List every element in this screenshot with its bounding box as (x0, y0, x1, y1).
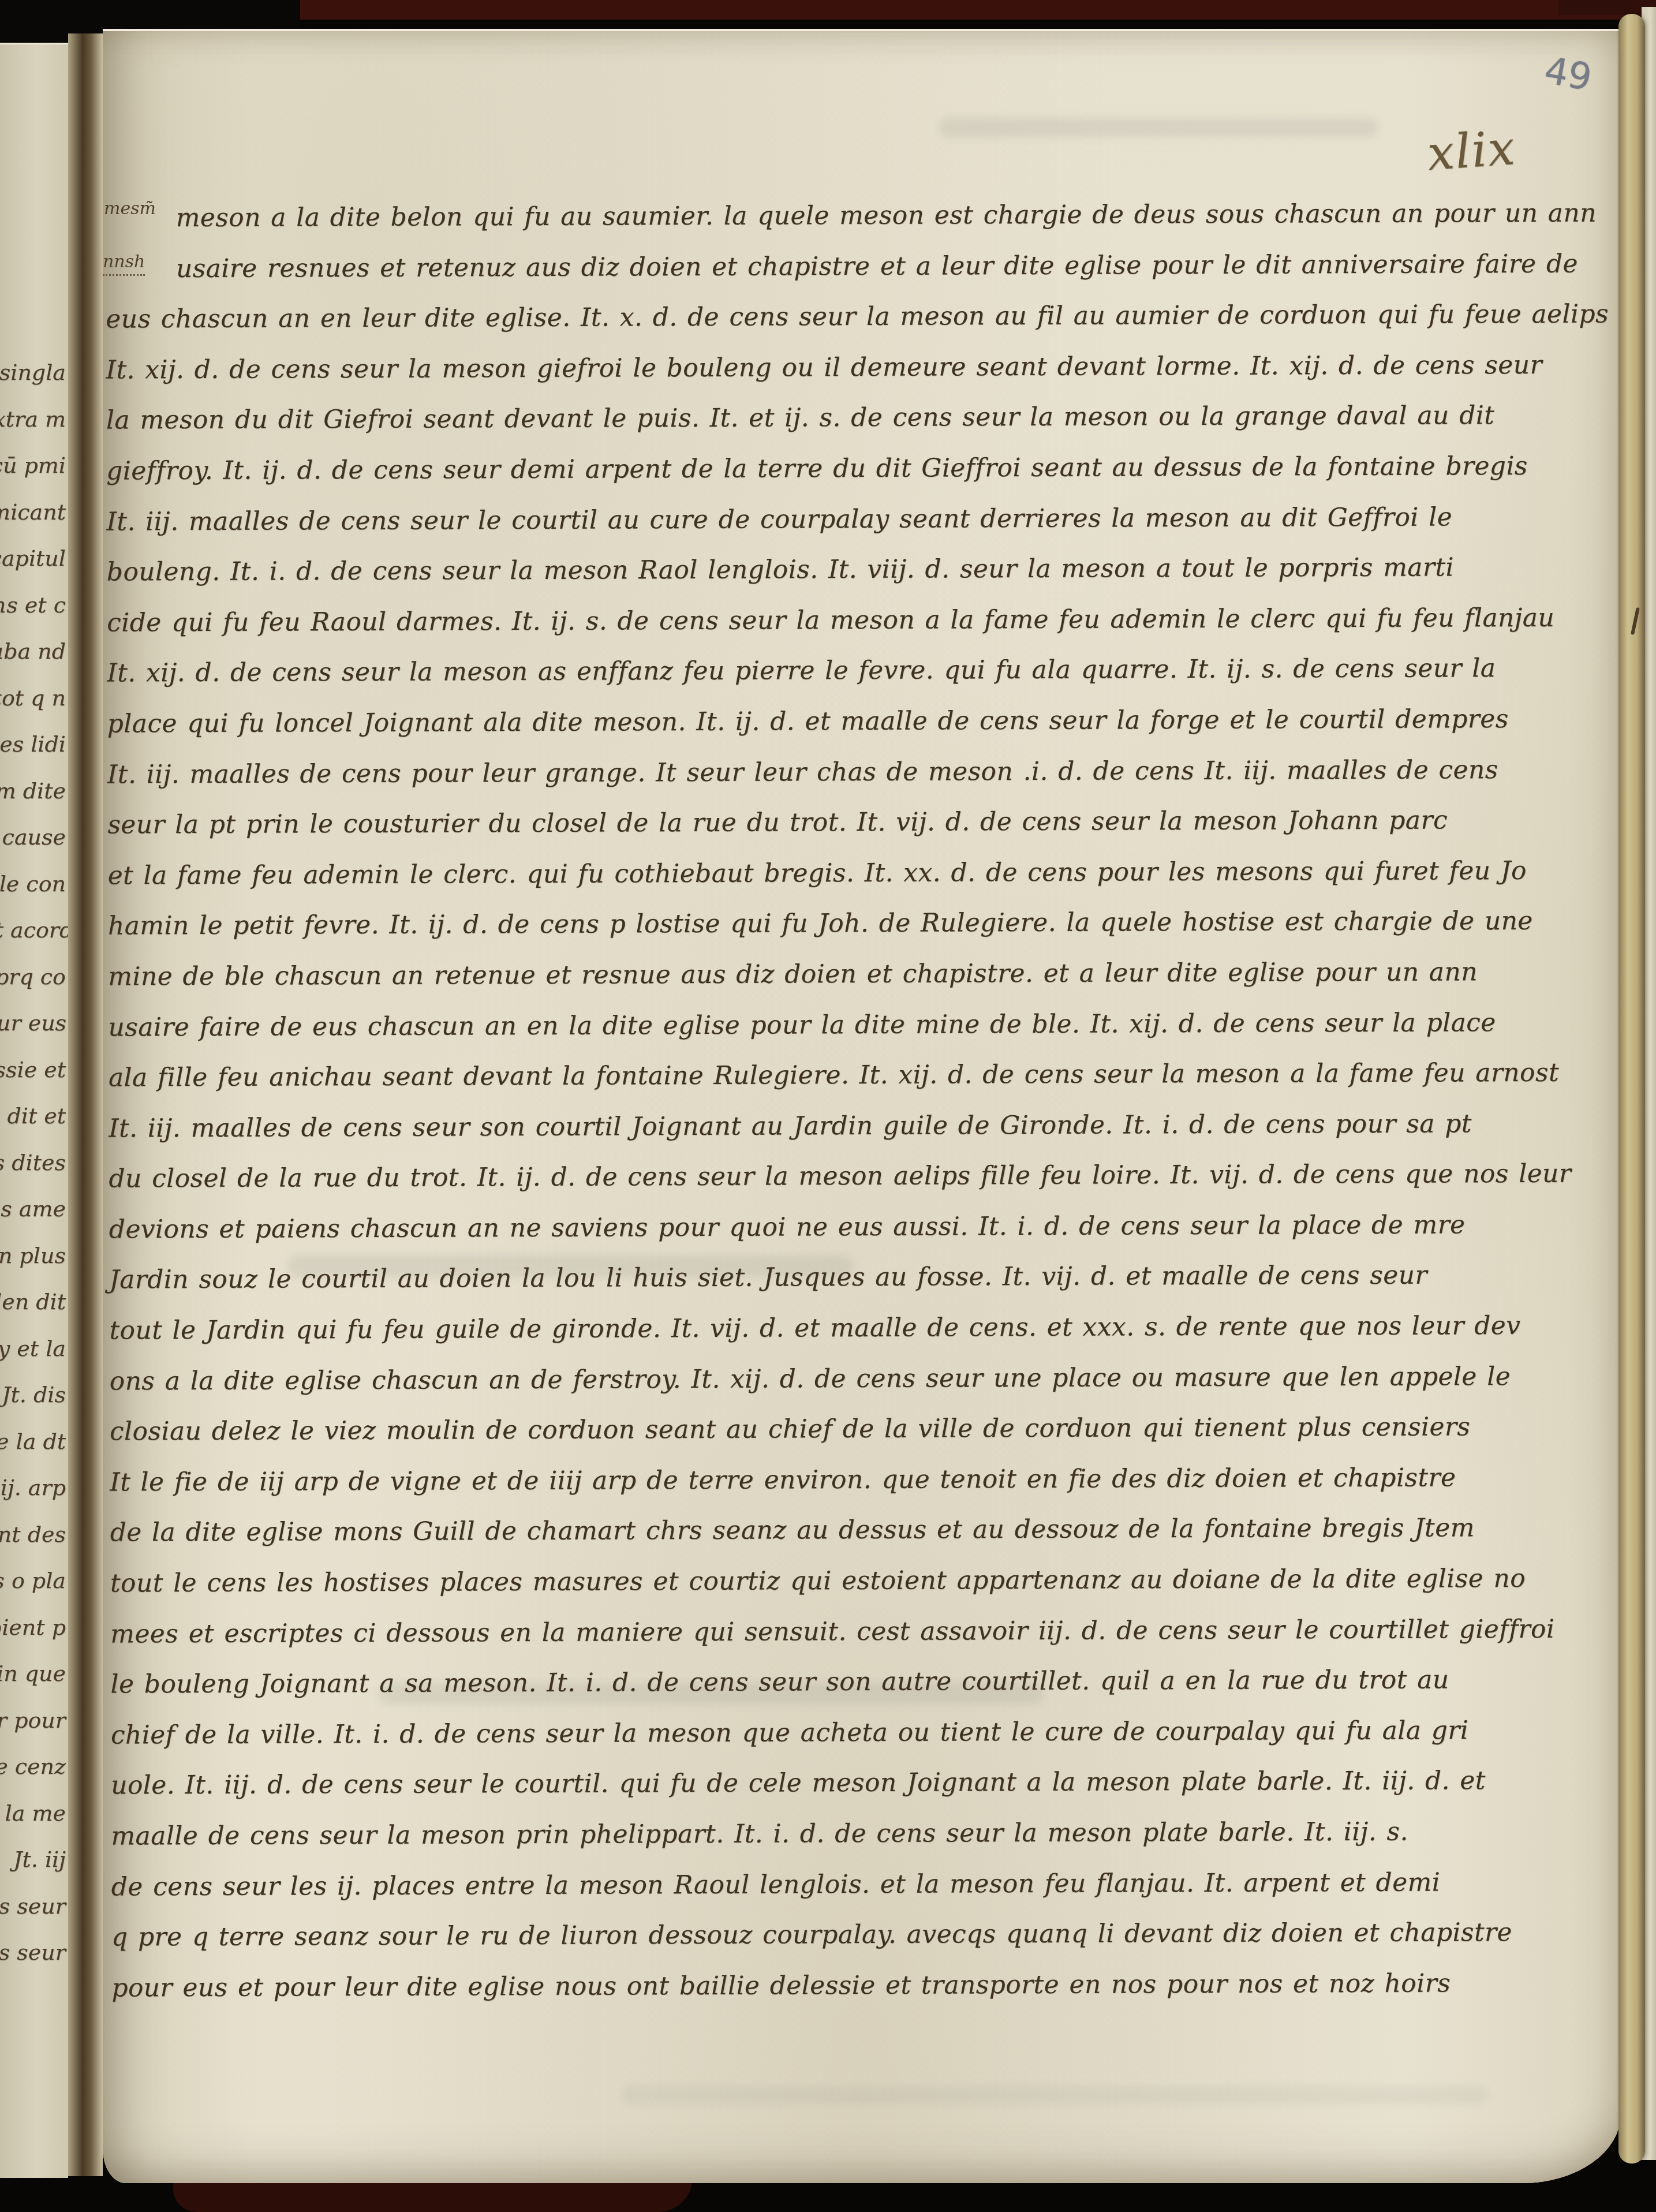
facing-line-fragment: ns de la dt (0, 1418, 66, 1465)
manuscript-text-line: et la fame feu ademin le clerc. qui fu c… (107, 845, 1608, 901)
facing-line-fragment: nces dites (0, 1139, 66, 1186)
manuscript-text-line: tout le cens les hostises places masures… (110, 1553, 1611, 1609)
facing-line-fragment: ulay et la (0, 1325, 66, 1372)
manuscript-text-line: hamin le petit fevre. It. ij. d. de cens… (108, 896, 1609, 952)
manuscript-text-line: It. xij. d. de cens seur la meson as enf… (107, 643, 1608, 699)
manuscript-text-line: ala fille feu anichau seant devant la fo… (109, 1048, 1609, 1104)
manuscript-text-line: q pre q terre seanz sour le ru de liuron… (111, 1907, 1612, 1963)
manuscript-text-line: mine de ble chascun an retenue et resnue… (108, 946, 1609, 1002)
facing-line-fragment: em dite (0, 768, 66, 814)
facing-line-fragment: s la me (0, 1790, 66, 1837)
manuscript-text-line: meson a la dite belon qui fu au saumier.… (106, 188, 1606, 244)
manuscript-text-line: usaire resnues et retenuz aus diz doien … (106, 238, 1606, 294)
manuscript-text-line: le bouleng Joignant a sa meson. It. i. d… (110, 1654, 1611, 1710)
show-through-smudge (622, 2086, 1488, 2103)
facing-line-fragment: cū pmi (0, 442, 66, 489)
facing-line-fragment: tot q n (0, 675, 66, 722)
facing-line-fragment: me dit et (0, 1093, 66, 1139)
manuscript-text-line: devions et paiens chascun an ne saviens … (109, 1199, 1610, 1255)
facing-line-fragment: nes o pla (0, 1557, 66, 1604)
facing-line-fragment: capitul (0, 535, 66, 582)
facing-line-fragment: esseprq co (0, 954, 66, 1000)
facing-line-fragment: Jt. dis (0, 1372, 66, 1418)
facing-line-fragment: Jt. iij (0, 1836, 66, 1883)
manuscript-text-line: mees et escriptes ci dessous en la manie… (110, 1604, 1611, 1660)
manuscript-text-line: la meson du dit Giefroi seant devant le … (106, 390, 1607, 446)
manuscript-text-line: eus chascun an en leur dite eglise. It. … (106, 289, 1606, 345)
manuscript-text-line: maalle de cens seur la meson prin phelip… (111, 1806, 1612, 1862)
facing-line-fragment: dant des (0, 1511, 66, 1558)
facing-line-fragment: re pour eus (0, 1000, 66, 1047)
manuscript-text-line: gieffroy. It. ij. d. de cens seur demi a… (106, 440, 1607, 496)
manuscript-photo: { "page": { "folio_number_ink": "xlix", … (0, 0, 1656, 2212)
facing-line-fragment: uuot cause (0, 814, 66, 861)
facing-line-fragment: det et acorde (0, 907, 66, 954)
manuscript-text-line: cide qui fu feu Raoul darmes. It. ij. s.… (107, 592, 1608, 648)
facing-line-fragment: guerin que (0, 1650, 66, 1697)
manuscript-text-line: chief de la ville. It. i. d. de cens seu… (111, 1705, 1612, 1761)
facing-line-fragment: singla (0, 349, 66, 396)
manuscript-text-line: It le fie de iij arp de vigne et de iiij… (110, 1452, 1610, 1508)
manuscript-text-line: usaire faire de eus chascun an en la dit… (108, 997, 1609, 1053)
binding-gutter (68, 33, 103, 2176)
manuscript-text-line: du closel de la rue du trot. It. ij. d. … (109, 1149, 1609, 1205)
facing-line-fragment: z en plus (0, 1232, 66, 1279)
facing-line-fragment: pmicant (0, 489, 66, 536)
facing-line-fragment: hs et c (0, 582, 66, 629)
facing-line-fragment: et p le con (0, 861, 66, 907)
manuscript-text-line: It. xij. d. de cens seur la meson giefro… (106, 339, 1606, 395)
manuscript-page: xlix 49 mesm̃ nnsh meson a la dite belon… (103, 29, 1621, 2183)
manuscript-text-line: pour eus et pour leur dite eglise nous o… (111, 1957, 1612, 2013)
manuscript-text-line: de la dite eglise mons Guill de chamart … (110, 1503, 1610, 1559)
facing-line-fragment: viij. arp (0, 1464, 66, 1511)
folio-number-pencil: 49 (1541, 49, 1595, 99)
manuscript-text-line: It. iij. maalles de cens seur son courti… (109, 1098, 1609, 1154)
manuscript-text-line: bouleng. It. i. d. de cens seur la meson… (107, 542, 1608, 598)
show-through-smudge (940, 118, 1378, 137)
facing-line-fragment: auoir pour (0, 1697, 66, 1744)
facing-line-fragment: ns seur (0, 1929, 66, 1976)
manuscript-text-line: de cens seur les ij. places entre la mes… (111, 1856, 1612, 1912)
facing-line-fragment: ges lidi (0, 721, 66, 768)
page-fore-edge-cord (1618, 14, 1645, 2164)
facing-line-fragment: de cenz (0, 1743, 66, 1790)
facing-line-fragment: ns seur (0, 1883, 66, 1930)
facing-line-fragment: n q len dit (0, 1279, 66, 1325)
folio-number-ink: xlix (1426, 121, 1517, 181)
facing-line-fragment: sse s ame (0, 1186, 66, 1232)
manuscript-text-line: seur la pt prin le cousturier du closel … (107, 795, 1608, 851)
manuscript-text-line: closiau delez le viez moulin de corduon … (110, 1402, 1610, 1458)
manuscript-text-line: tout le Jardin qui fu feu guile de giron… (109, 1301, 1610, 1357)
facing-line-fragment: uba nd (0, 628, 66, 675)
manuscript-text-line: ons a la dite eglise chascun an de ferst… (110, 1351, 1610, 1407)
manuscript-text-line: place qui fu loncel Joignant ala dite me… (107, 693, 1608, 749)
facing-page-line-endings: singlaextra mcū pmipmicantcapitulhs et c… (0, 349, 66, 1976)
manuscript-text-line: uole. It. iij. d. de cens seur le courti… (111, 1755, 1612, 1811)
manuscript-text-block: meson a la dite belon qui fu au saumier.… (106, 188, 1613, 2013)
manuscript-text-line: It. iij. maalles de cens pour leur grang… (107, 744, 1608, 800)
manuscript-text-line: Jardin souz le courtil au doien la lou l… (109, 1250, 1610, 1306)
facing-line-fragment: noient p (0, 1604, 66, 1651)
facing-page-sliver: singlaextra mcū pmipmicantcapitulhs et c… (0, 43, 68, 2178)
manuscript-text-line: It. iij. maalles de cens seur le courtil… (106, 491, 1607, 547)
facing-line-fragment: de lessie et (0, 1047, 66, 1093)
facing-line-fragment: extra m (0, 396, 66, 443)
